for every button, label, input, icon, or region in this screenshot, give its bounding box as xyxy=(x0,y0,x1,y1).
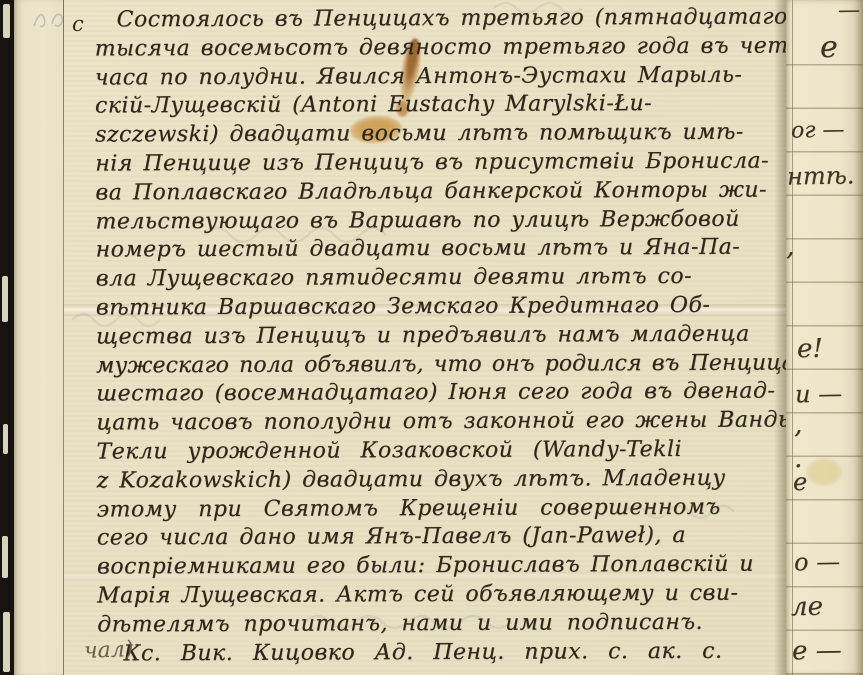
manuscript-line: номеръ шестый двадцати восьми лѣтъ и Яна… xyxy=(96,234,786,266)
next-page-text-fragment: е xyxy=(820,30,838,65)
paper-stain xyxy=(806,458,842,486)
manuscript-line: Марія Лущевская. Актъ сей объявляющему и… xyxy=(97,579,786,611)
manuscript-line: этому при Святомъ Крещеніи совершенномъ xyxy=(97,493,786,525)
manuscript-line: нія Пенцице изъ Пенцицъ въ присутствіи Б… xyxy=(95,147,786,179)
manuscript-line: щества изъ Пенцицъ и предъявилъ намъ мла… xyxy=(96,320,786,352)
manuscript-line: мужескаго пола объявилъ, что онъ родился… xyxy=(96,349,786,381)
paper-edge-sliver xyxy=(3,612,10,672)
manuscript-line: вѣтника Варшавскаго Земскаго Кредитнаго … xyxy=(96,291,786,323)
next-page-column-rule xyxy=(792,0,793,675)
register-page: с Состоялось въ Пенцицахъ третьяго (пятн… xyxy=(64,0,786,675)
page-left-margin xyxy=(14,0,64,675)
next-page-text-fragment: е! xyxy=(797,334,823,364)
manuscript-line: ва Поплавскаго Владѣльца банкерской Конт… xyxy=(95,176,786,208)
manuscript-text: Состоялось въ Пенцицахъ третьяго (пятнад… xyxy=(95,3,786,668)
manuscript-line: шестаго (восемнадцатаго) Іюня сего года … xyxy=(96,378,786,410)
manuscript-line: вла Лущевскаго пятидесяти девяти лѣтъ со… xyxy=(96,263,786,295)
paper-edge-sliver xyxy=(3,4,10,38)
cutoff-word-fragment: чал) xyxy=(84,637,134,664)
manuscript-line: скій-Лущевскій (Antoni Eustachy Marylski… xyxy=(95,90,786,122)
next-page-text-fragment: о — xyxy=(794,548,841,577)
manuscript-line: часа по полудни. Явился Антонъ-Эустахи М… xyxy=(95,61,786,93)
next-page-text-fragment: е xyxy=(793,468,808,496)
next-page-text-fragment: ог — xyxy=(791,118,845,144)
margin-annotation-letter: с xyxy=(72,12,84,36)
manuscript-line: сего числа дано имя Янъ-Павелъ (Jan-Pawe… xyxy=(97,522,786,554)
scanned-register-page: с Состоялось въ Пенцицахъ третьяго (пятн… xyxy=(0,0,863,675)
manuscript-line: Текли урожденной Козаковской (Wandy-Tekl… xyxy=(96,435,786,467)
next-page-text-fragment: и — xyxy=(795,380,843,409)
paper-edge-sliver xyxy=(3,424,8,454)
next-page-text-fragment: — xyxy=(838,0,860,23)
manuscript-line: тысяча восемьсотъ девяносто третьяго год… xyxy=(95,32,786,64)
manuscript-line: воспріемниками его были: Брониславъ Попл… xyxy=(97,551,786,583)
next-page-text-fragment: , xyxy=(794,410,803,440)
manuscript-line: тельствующаго въ Варшавѣ по улицѣ Вержбо… xyxy=(95,205,786,237)
next-page-text-fragment: , xyxy=(786,232,795,262)
paper-edge-sliver xyxy=(2,276,8,322)
next-page-text-fragment: е — xyxy=(792,636,842,667)
manuscript-line: Кс. Вик. Кицовко Ад. Пенц. прих. с. ак. … xyxy=(123,637,786,669)
manuscript-line: Состоялось въ Пенцицахъ третьяго (пятнад… xyxy=(117,3,786,35)
manuscript-line: z Kozakowskich) двадцати двухъ лѣтъ. Мла… xyxy=(97,464,786,496)
scan-left-edge xyxy=(0,0,14,675)
manuscript-line: цать часовъ пополудни отъ законной его ж… xyxy=(96,407,786,439)
next-page-text-fragment: нтѣ. xyxy=(787,161,855,190)
manuscript-line: szczewski) двадцати восьми лѣтъ помѣщикъ… xyxy=(95,119,786,151)
manuscript-line: дѣтелямъ прочитанъ, нами и ими подписанъ… xyxy=(97,608,786,640)
next-page-edge: — е ог — нтѣ. , е! и — , . е о — ле е — xyxy=(786,0,863,675)
next-page-text-fragment: ле xyxy=(791,592,823,623)
paper-edge-sliver xyxy=(2,536,8,578)
